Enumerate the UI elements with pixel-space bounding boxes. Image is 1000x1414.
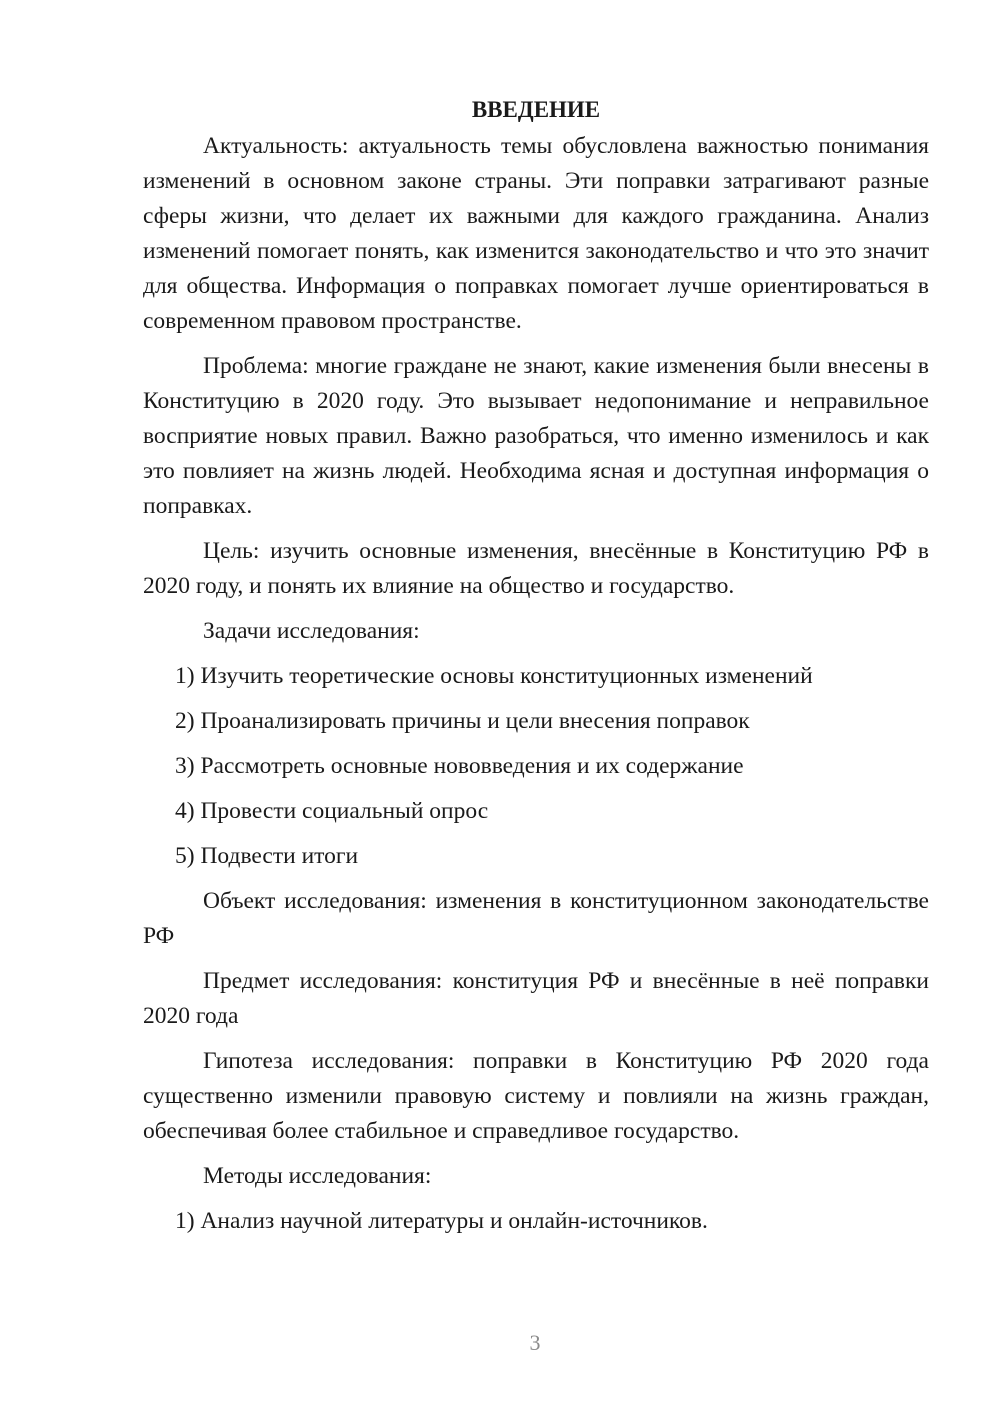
document-page: ВВЕДЕНИЕ Актуальность: актуальность темы… [143, 92, 929, 1249]
problem-paragraph: Проблема: многие граждане не знают, каки… [143, 349, 929, 524]
list-item: 3) Рассмотреть основные нововведения и и… [143, 749, 929, 784]
list-item: 4) Провести социальный опрос [143, 794, 929, 829]
page-title: ВВЕДЕНИЕ [143, 92, 929, 127]
object-paragraph: Объект исследования: изменения в констит… [143, 884, 929, 954]
methods-heading: Методы исследования: [143, 1159, 929, 1194]
methods-list: 1) Анализ научной литературы и онлайн-ис… [143, 1204, 929, 1239]
relevance-paragraph: Актуальность: актуальность темы обусловл… [143, 129, 929, 339]
list-item: 1) Анализ научной литературы и онлайн-ис… [143, 1204, 929, 1239]
goal-paragraph: Цель: изучить основные изменения, внесён… [143, 534, 929, 604]
list-item: 2) Проанализировать причины и цели внесе… [143, 704, 929, 739]
tasks-heading: Задачи исследования: [143, 614, 929, 649]
hypothesis-paragraph: Гипотеза исследования: поправки в Консти… [143, 1044, 929, 1149]
list-item: 1) Изучить теоретические основы конститу… [143, 659, 929, 694]
page-number: 3 [0, 1330, 1000, 1356]
tasks-list: 1) Изучить теоретические основы конститу… [143, 659, 929, 874]
list-item: 5) Подвести итоги [143, 839, 929, 874]
subject-paragraph: Предмет исследования: конституция РФ и в… [143, 964, 929, 1034]
